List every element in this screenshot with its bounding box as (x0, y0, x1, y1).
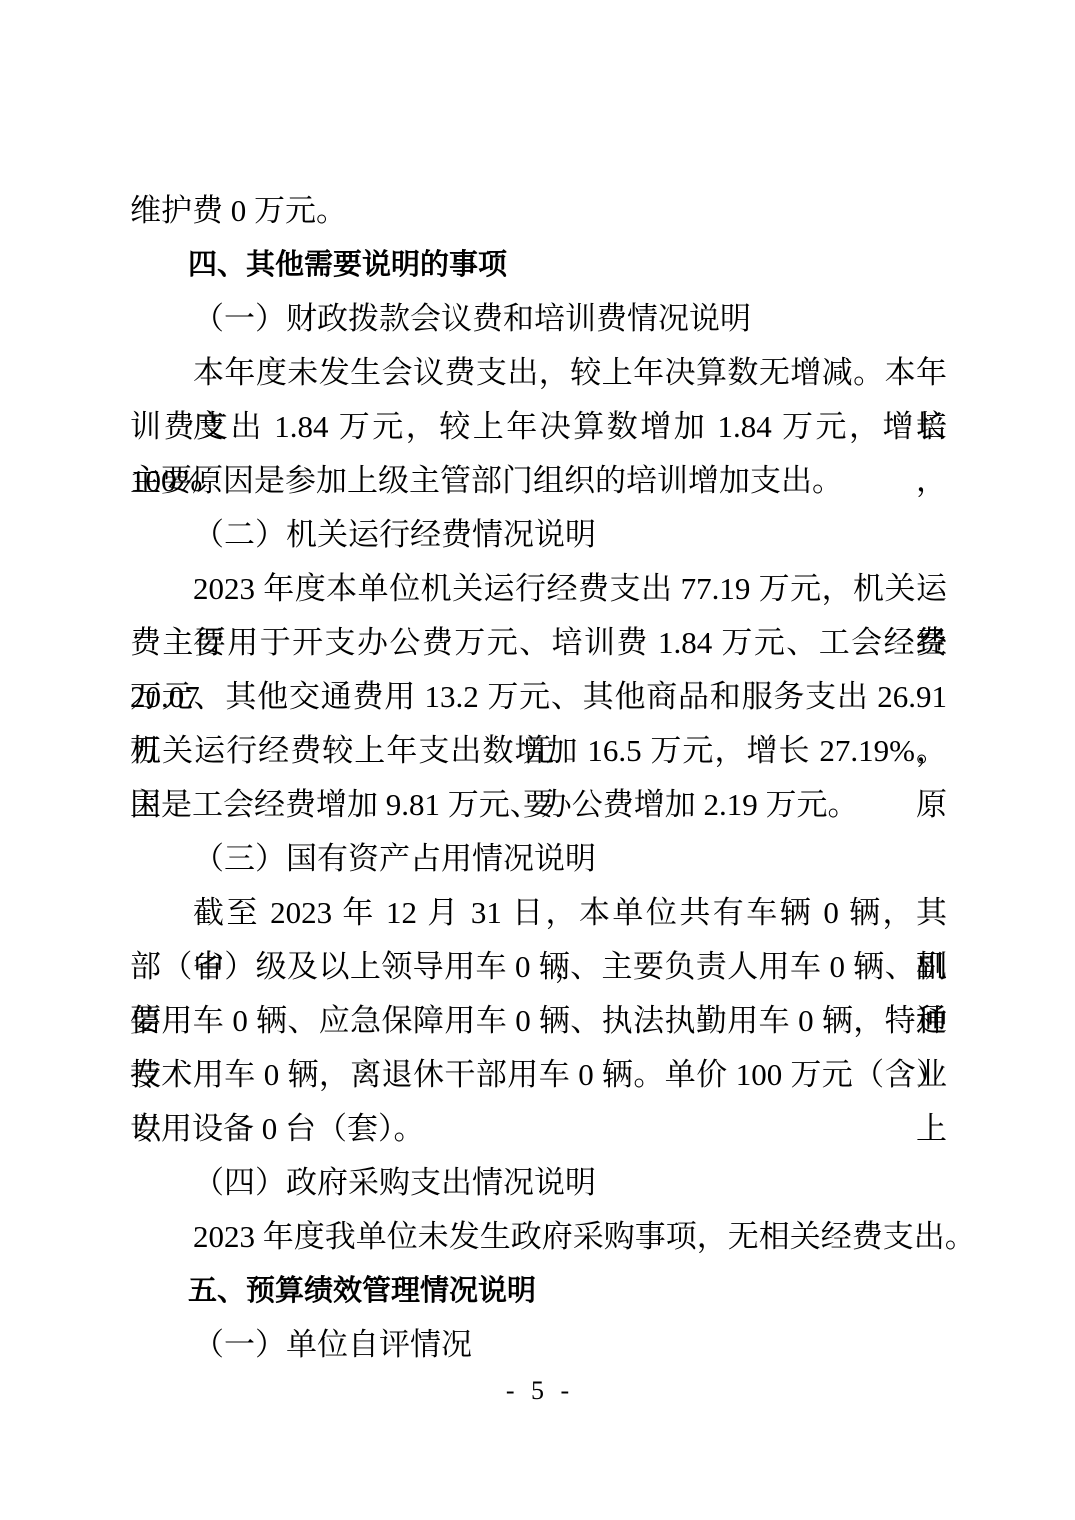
subsection-heading-4-3: （三）国有资产占用情况说明 (130, 832, 947, 886)
paragraph-line: 本年度未发生会议费支出，较上年决算数无增减。本年度培 (130, 346, 947, 400)
subsection-heading-4-4: （四）政府采购支出情况说明 (130, 1156, 947, 1210)
paragraph-line: 信用车 0 辆、应急保障用车 0 辆、执法执勤用车 0 辆，特种专业 (130, 994, 947, 1048)
subsection-heading-4-2: （二）机关运行经费情况说明 (130, 508, 947, 562)
subsection-heading-4-1: （一）财政拨款会议费和培训费情况说明 (130, 292, 947, 346)
paragraph-line: 万元、其他交通费用 13.2 万元、其他商品和服务支出 26.91 万元。 (130, 670, 947, 724)
section-heading-4: 四、其他需要说明的事项 (130, 238, 947, 292)
page-number: - 5 - (0, 1376, 1075, 1406)
paragraph-line: 主要原因是参加上级主管部门组织的培训增加支出。 (130, 454, 947, 508)
paragraph-line: 因是工会经费增加 9.81 万元、办公费增加 2.19 万元。 (130, 778, 947, 832)
subsection-heading-5-1: （一）单位自评情况 (130, 1318, 947, 1372)
section-heading-5: 五、预算绩效管理情况说明 (130, 1264, 947, 1318)
document-page: 维护费 0 万元。 四、其他需要说明的事项 （一）财政拨款会议费和培训费情况说明… (0, 0, 1075, 1520)
document-text-block: 维护费 0 万元。 四、其他需要说明的事项 （一）财政拨款会议费和培训费情况说明… (130, 184, 947, 1372)
paragraph-line: 训费支出 1.84 万元，较上年决算数增加 1.84 万元，增长 100%， (130, 400, 947, 454)
paragraph-line: 维护费 0 万元。 (130, 184, 947, 238)
paragraph-line: 技术用车 0 辆，离退休干部用车 0 辆。单价 100 万元（含）以上 (130, 1048, 947, 1102)
paragraph-line: 截至 2023 年 12 月 31 日，本单位共有车辆 0 辆，其中，副 (130, 886, 947, 940)
paragraph-line: 费主要用于开支办公费万元、培训费 1.84 万元、工会经费 20.07 (130, 616, 947, 670)
paragraph-line: 2023 年度我单位未发生政府采购事项，无相关经费支出。 (130, 1210, 947, 1264)
paragraph-line: 部（省）级及以上领导用车 0 辆、主要负责人用车 0 辆、机要通 (130, 940, 947, 994)
paragraph-line: 2023 年度本单位机关运行经费支出 77.19 万元，机关运行经 (130, 562, 947, 616)
paragraph-line: 机关运行经费较上年支出数增加 16.5 万元，增长 27.19%，主要原 (130, 724, 947, 778)
